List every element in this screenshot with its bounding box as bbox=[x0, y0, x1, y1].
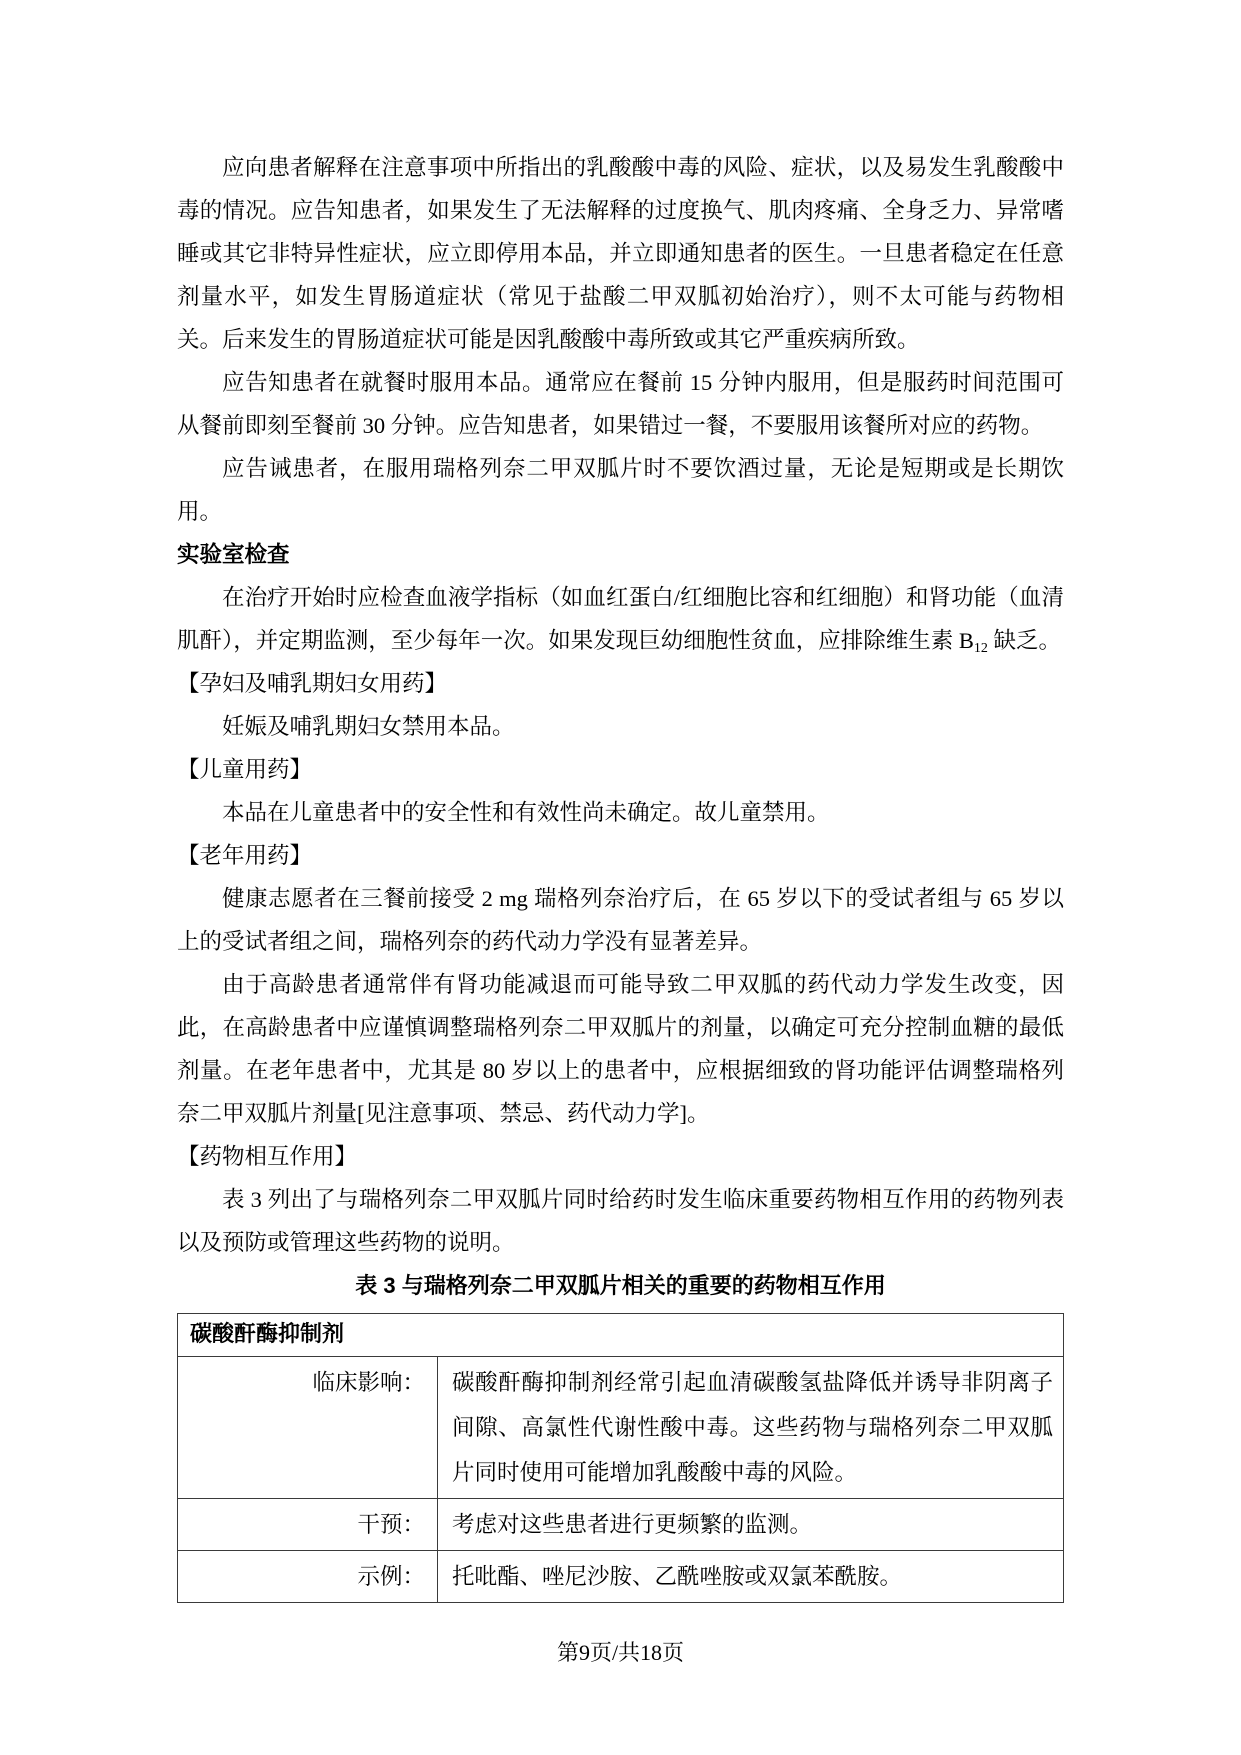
table-row: 示例： 托吡酯、唑尼沙胺、乙酰唑胺或双氯苯酰胺。 bbox=[178, 1551, 1064, 1603]
paragraph-pediatric-safety: 本品在儿童患者中的安全性和有效性尚未确定。故儿童禁用。 bbox=[177, 791, 1064, 834]
paragraph-lactic-acidosis-counseling: 应向患者解释在注意事项中所指出的乳酸酸中毒的风险、症状，以及易发生乳酸酸中毒的情… bbox=[177, 146, 1064, 361]
paragraph-table3-intro: 表 3 列出了与瑞格列奈二甲双胍片同时给药时发生临床重要药物相互作用的药物列表以… bbox=[177, 1178, 1064, 1264]
table-row: 干预： 考虑对这些患者进行更频繁的监测。 bbox=[178, 1499, 1064, 1551]
table-row: 临床影响： 碳酸酐酶抑制剂经常引起血清碳酸氢盐降低并诱导非阴离子间隙、高氯性代谢… bbox=[178, 1357, 1064, 1499]
heading-geriatric-use: 【老年用药】 bbox=[177, 834, 1064, 877]
lab-text-before-subscript: 在治疗开始时应检查血液学指标（如血红蛋白/红细胞比容和红细胞）和肾功能（血清肌酐… bbox=[177, 585, 1064, 653]
paragraph-alcohol-warning: 应告诫患者，在服用瑞格列奈二甲双胍片时不要饮酒过量，无论是短期或是长期饮用。 bbox=[177, 447, 1064, 533]
row-label-intervention: 干预： bbox=[178, 1499, 438, 1551]
row-value-clinical-impact: 碳酸酐酶抑制剂经常引起血清碳酸氢盐降低并诱导非阴离子间隙、高氯性代谢性酸中毒。这… bbox=[438, 1357, 1064, 1499]
table-header-row: 碳酸酐酶抑制剂 bbox=[178, 1314, 1064, 1357]
vitamin-b12-subscript: 12 bbox=[974, 641, 988, 656]
drug-interaction-table: 碳酸酐酶抑制剂 临床影响： 碳酸酐酶抑制剂经常引起血清碳酸氢盐降低并诱导非阴离子… bbox=[177, 1313, 1064, 1603]
heading-drug-interactions: 【药物相互作用】 bbox=[177, 1135, 1064, 1178]
heading-pediatric-use: 【儿童用药】 bbox=[177, 748, 1064, 791]
page-content: 应向患者解释在注意事项中所指出的乳酸酸中毒的风险、症状，以及易发生乳酸酸中毒的情… bbox=[177, 146, 1064, 1603]
lab-text-after-subscript: 缺乏。 bbox=[988, 628, 1061, 653]
row-label-clinical-impact: 临床影响： bbox=[178, 1357, 438, 1499]
row-label-examples: 示例： bbox=[178, 1551, 438, 1603]
paragraph-geriatric-pharmacokinetics: 健康志愿者在三餐前接受 2 mg 瑞格列奈治疗后，在 65 岁以下的受试者组与 … bbox=[177, 877, 1064, 963]
row-value-intervention: 考虑对这些患者进行更频繁的监测。 bbox=[438, 1499, 1064, 1551]
table-header-cell: 碳酸酐酶抑制剂 bbox=[178, 1314, 1064, 1357]
page-number-footer: 第9页/共18页 bbox=[0, 1638, 1241, 1668]
paragraph-meal-dosing: 应告知患者在就餐时服用本品。通常应在餐前 15 分钟内服用，但是服药时间范围可从… bbox=[177, 361, 1064, 447]
row-value-examples: 托吡酯、唑尼沙胺、乙酰唑胺或双氯苯酰胺。 bbox=[438, 1551, 1064, 1603]
paragraph-laboratory-monitoring: 在治疗开始时应检查血液学指标（如血红蛋白/红细胞比容和红细胞）和肾功能（血清肌酐… bbox=[177, 576, 1064, 662]
paragraph-geriatric-dosing: 由于高龄患者通常伴有肾功能减退而可能导致二甲双胍的药代动力学发生改变，因此，在高… bbox=[177, 963, 1064, 1135]
heading-laboratory-tests: 实验室检查 bbox=[177, 533, 1064, 576]
heading-pregnancy-lactation: 【孕妇及哺乳期妇女用药】 bbox=[177, 662, 1064, 705]
table-caption: 表 3 与瑞格列奈二甲双胍片相关的重要的药物相互作用 bbox=[177, 1264, 1064, 1307]
paragraph-pregnancy-contraindication: 妊娠及哺乳期妇女禁用本品。 bbox=[177, 705, 1064, 748]
document-page: 应向患者解释在注意事项中所指出的乳酸酸中毒的风险、症状，以及易发生乳酸酸中毒的情… bbox=[0, 0, 1241, 1755]
